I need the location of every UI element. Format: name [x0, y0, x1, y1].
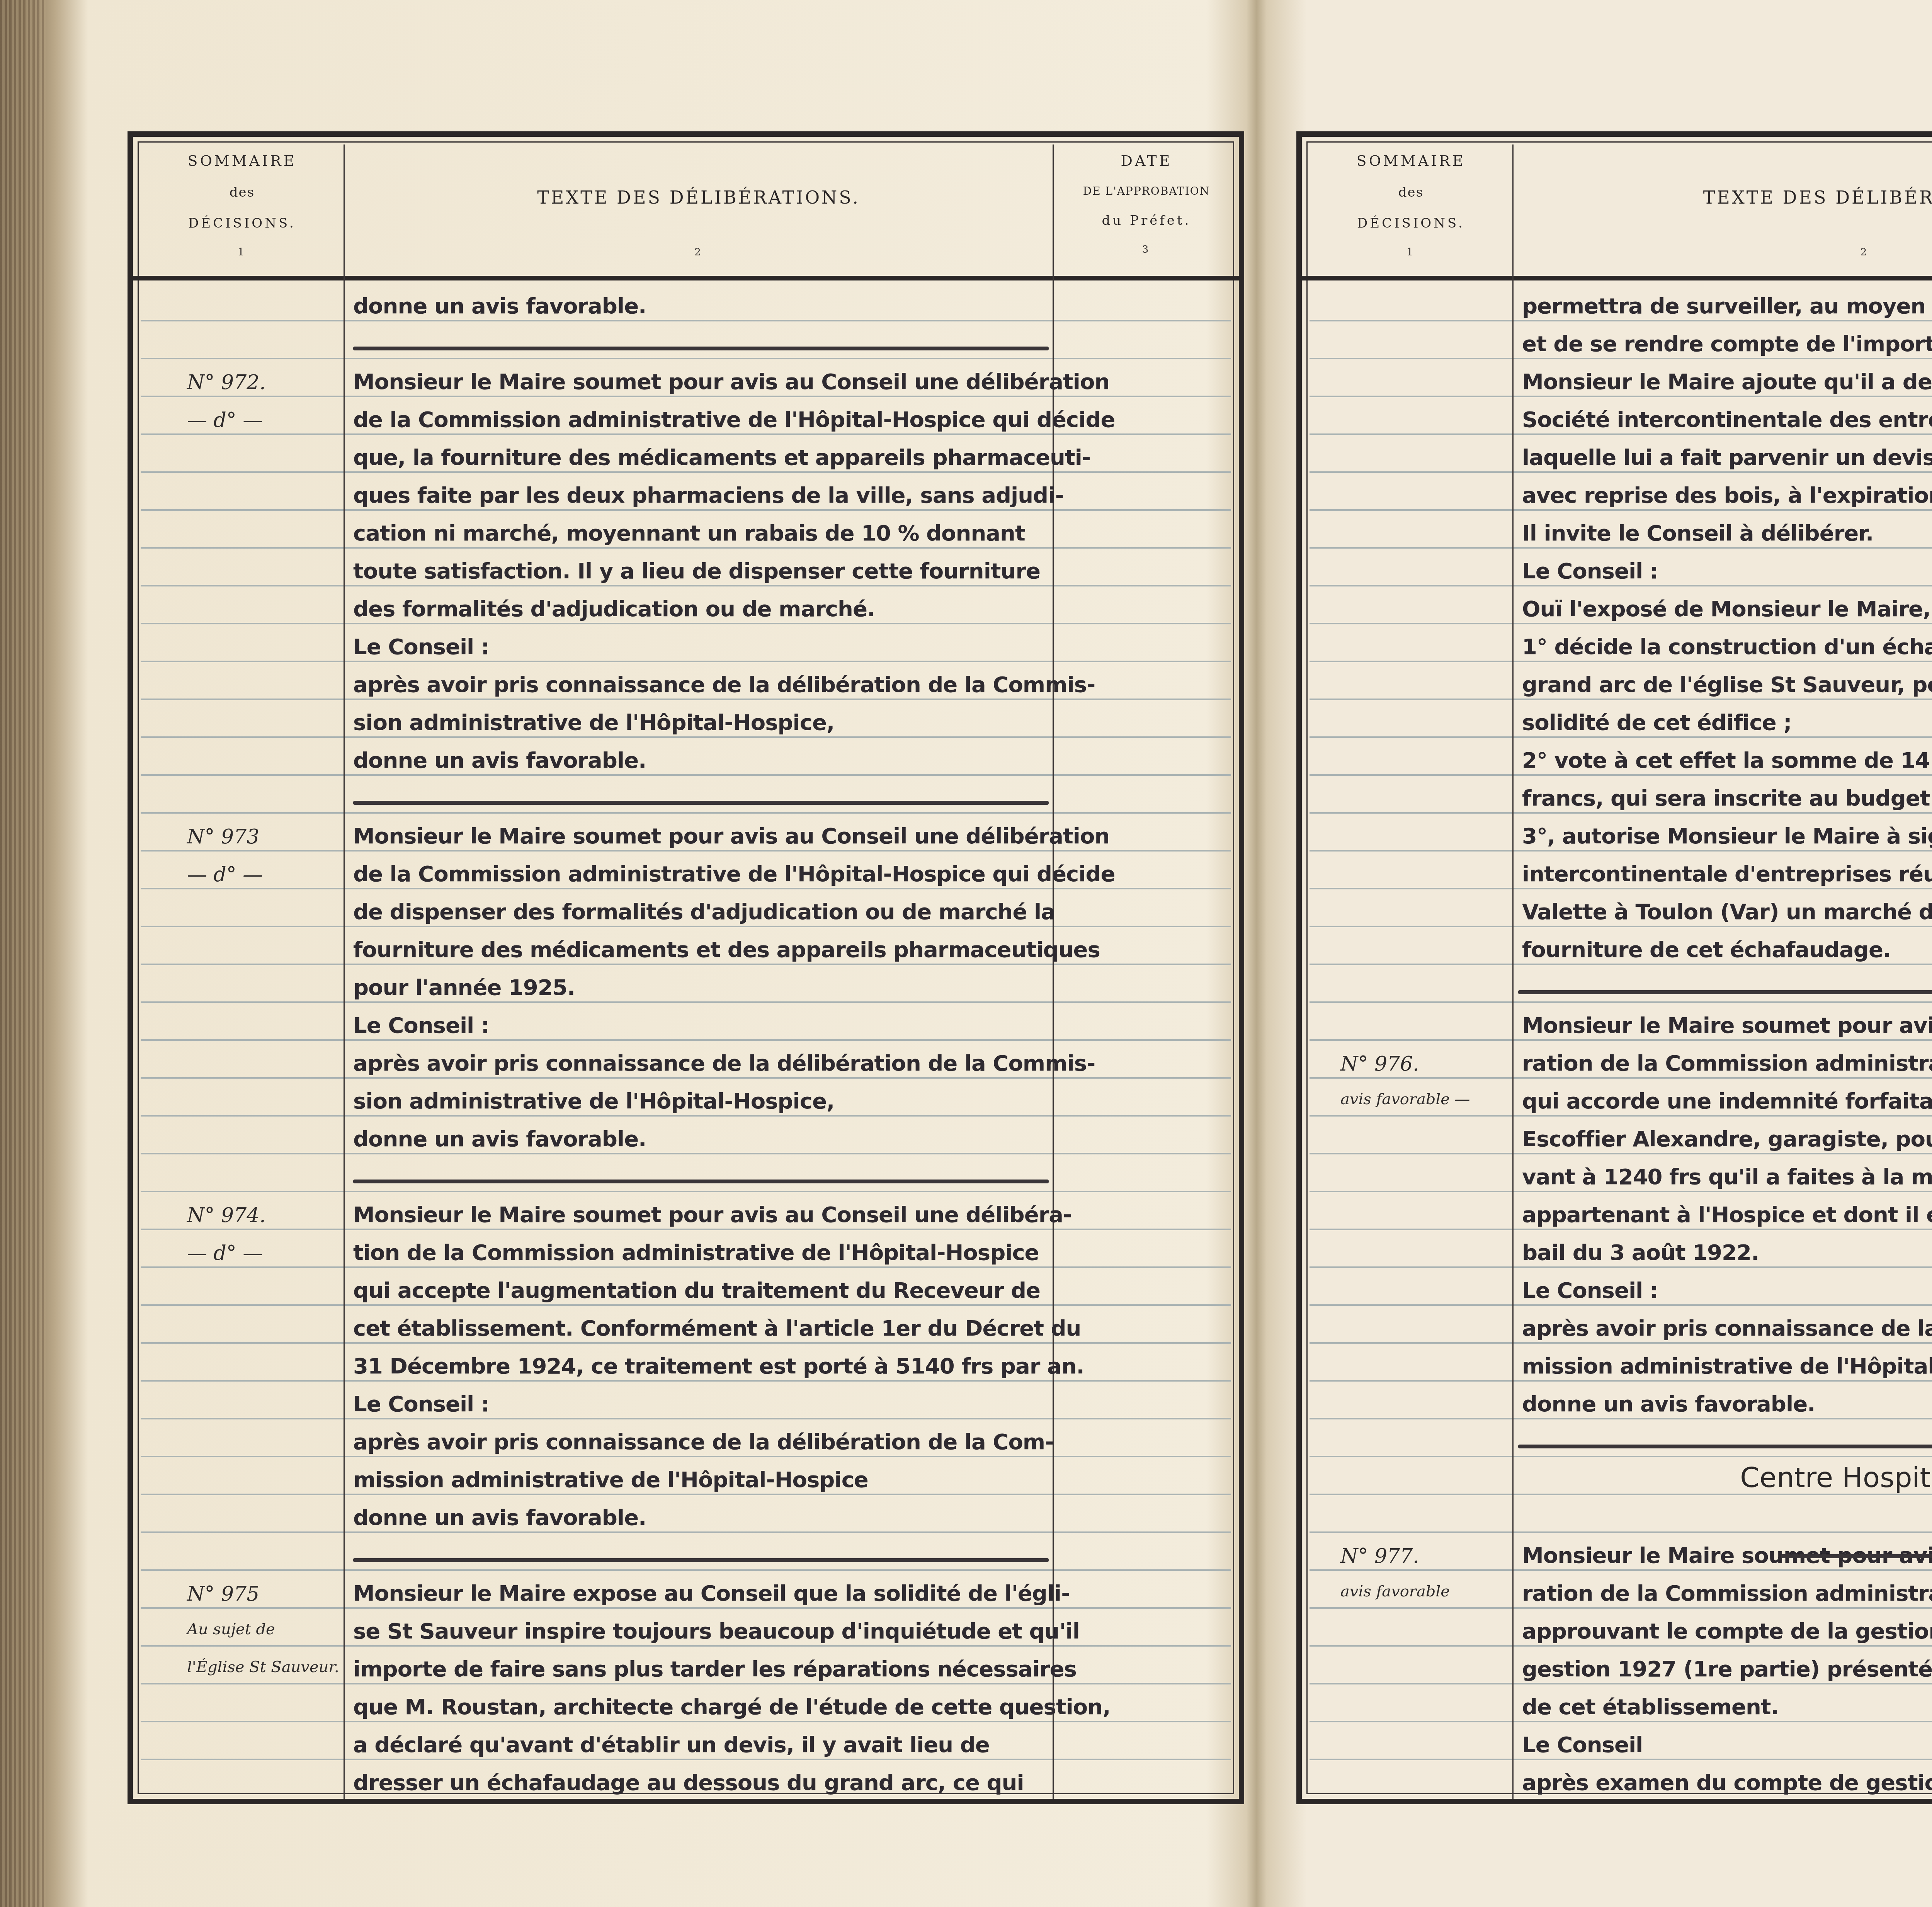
- open-register-book: 270 R-S n° 55 A. — Nancy et Paris, Berge…: [0, 0, 1932, 1907]
- column-separator: [1512, 144, 1514, 1799]
- text-line: 31 Décembre 1924, ce traitement est port…: [353, 1348, 1084, 1385]
- text-line: appartenant à l'Hospice et dont il est l…: [1522, 1196, 1932, 1234]
- text-line: bail du 3 août 1922.: [1522, 1234, 1759, 1272]
- decision-summary-note: N° 973: [187, 825, 259, 848]
- decision-summary-note: — d° —: [187, 1242, 263, 1265]
- header-sommaire: SOMMAIRE des DÉCISIONS. 1: [1310, 152, 1512, 258]
- text-line: ration de la Commission administrative d…: [1522, 1045, 1932, 1083]
- text-line: intercontinentale d'entreprises réunies,…: [1522, 855, 1932, 893]
- text-line: Monsieur le Maire soumet pour avis au Co…: [353, 1196, 1071, 1234]
- header-date: DATE DE L'APPROBATION du Préfet. 3: [1054, 152, 1239, 255]
- text-line: donne un avis favorable.: [353, 742, 646, 780]
- text-line: a déclaré qu'avant d'établir un devis, i…: [353, 1726, 990, 1764]
- text-line: importe de faire sans plus tarder les ré…: [353, 1650, 1077, 1688]
- left-page: SOMMAIRE des DÉCISIONS. 1 TEXTE DES DÉLI…: [128, 131, 1244, 1804]
- decision-summary-note: N° 975: [187, 1582, 259, 1606]
- entry-separator-rule: [1518, 1445, 1932, 1448]
- text-line: de cet établissement.: [1522, 1688, 1779, 1726]
- text-line: Société intercontinentale des entreprise…: [1522, 401, 1932, 439]
- text-line: Monsieur le Maire soumet pour avis au Co…: [1522, 1007, 1932, 1045]
- text-line: après examen du compte de gestion,: [1522, 1764, 1932, 1802]
- entry-separator-rule: [353, 801, 1049, 805]
- text-line: fourniture de cet échafaudage.: [1522, 931, 1891, 969]
- text-line: toute satisfaction. Il y a lieu de dispe…: [353, 552, 1040, 590]
- decision-summary-note: N° 977.: [1340, 1545, 1419, 1568]
- text-line: Le Conseil :: [353, 628, 489, 666]
- text-line: que M. Roustan, architecte chargé de l'é…: [353, 1688, 1110, 1726]
- text-line: pour l'année 1925.: [353, 969, 575, 1007]
- text-line: Escoffier Alexandre, garagiste, pour des…: [1522, 1120, 1932, 1158]
- text-line: ques faite par les deux pharmaciens de l…: [353, 477, 1064, 515]
- decision-summary-note: N° 976.: [1340, 1052, 1419, 1076]
- text-line: qui accorde une indemnité forfaitaire de…: [1522, 1083, 1932, 1120]
- decision-summary-note: l'Église St Sauveur.: [187, 1658, 339, 1676]
- text-line: approuvant le compte de la gestion 1926 …: [1522, 1613, 1932, 1650]
- text-line: grand arc de l'église St Sauveur, pour s…: [1522, 666, 1932, 704]
- decision-summary-note: avis favorable —: [1340, 1090, 1470, 1108]
- text-line: se St Sauveur inspire toujours beaucoup …: [353, 1613, 1080, 1650]
- entry-separator-rule: [353, 1180, 1049, 1183]
- text-line: cet établissement. Conformément à l'arti…: [353, 1310, 1081, 1348]
- entry-separator-rule: [1781, 1554, 1932, 1558]
- text-line: tion de la Commission administrative de …: [353, 1234, 1039, 1272]
- text-line: laquelle lui a fait parvenir un devis s'…: [1522, 439, 1932, 477]
- decision-summary-note: avis favorable: [1340, 1582, 1450, 1600]
- decision-summary-note: — d° —: [187, 863, 263, 886]
- text-line: qui accepte l'augmentation du traitement…: [353, 1272, 1040, 1310]
- text-line: Monsieur le Maire ajoute qu'il a demandé…: [1522, 363, 1932, 401]
- text-line: Monsieur le Maire soumet pour avis au Co…: [353, 818, 1109, 855]
- text-line: donne un avis favorable.: [353, 287, 646, 325]
- text-line: donne un avis favorable.: [353, 1499, 646, 1537]
- text-line: de la Commission administrative de l'Hôp…: [353, 855, 1115, 893]
- section-title: Centre Hospitalier: [1518, 1461, 1932, 1494]
- text-line: sion administrative de l'Hôpital-Hospice…: [353, 1083, 834, 1120]
- text-line: après avoir pris connaissance de la déli…: [353, 666, 1095, 704]
- header-texte: TEXTE DES DÉLIBÉRATIONS. 2: [1514, 187, 1932, 258]
- text-line: Le Conseil :: [1522, 552, 1658, 590]
- entry-separator-rule: [1518, 990, 1932, 994]
- text-line: gestion 1927 (1re partie) présenté par M…: [1522, 1650, 1932, 1688]
- text-line: Le Conseil :: [1522, 1272, 1658, 1310]
- header-sommaire: SOMMAIRE des DÉCISIONS. 1: [141, 152, 344, 258]
- text-line: cation ni marché, moyennant un rabais de…: [353, 515, 1025, 552]
- text-line: 2° vote à cet effet la somme de 14.000 (…: [1522, 742, 1932, 780]
- text-line: de dispenser des formalités d'adjudicati…: [353, 893, 1055, 931]
- entry-separator-rule: [353, 347, 1049, 350]
- text-line: donne un avis favorable.: [353, 1120, 646, 1158]
- text-line: 3°, autorise Monsieur le Maire à signer …: [1522, 818, 1932, 855]
- text-line: solidité de cet édifice ;: [1522, 704, 1792, 742]
- text-line: que, la fourniture des médicaments et ap…: [353, 439, 1090, 477]
- text-line: Le Conseil :: [353, 1007, 489, 1045]
- text-line: après avoir pris connaissance de la déli…: [1522, 1310, 1932, 1348]
- text-line: Le Conseil: [1522, 1726, 1643, 1764]
- decision-summary-note: Au sujet de: [187, 1620, 275, 1638]
- text-line: de la Commission administrative de l'Hôp…: [353, 401, 1115, 439]
- text-line: dresser un échafaudage au dessous du gra…: [353, 1764, 1024, 1802]
- text-line: mission administrative de l'Hôpital-Hosp…: [353, 1461, 868, 1499]
- text-line: après avoir pris connaissance de la déli…: [353, 1045, 1095, 1083]
- decision-summary-note: N° 974.: [187, 1204, 266, 1227]
- text-line: Monsieur le Maire expose au Conseil que …: [353, 1575, 1070, 1613]
- text-line: mission administrative de l'Hôpital-Hosp…: [1522, 1348, 1932, 1385]
- text-line: avec reprise des bois, à l'expiration du…: [1522, 477, 1932, 515]
- text-line: fourniture des médicaments et des appare…: [353, 931, 1100, 969]
- text-line: Valette à Toulon (Var) un marché de gré …: [1522, 893, 1932, 931]
- entry-separator-rule: [353, 1558, 1049, 1562]
- header-texte: TEXTE DES DÉLIBÉRATIONS. 2: [345, 187, 1053, 258]
- text-line: 1° décide la construction d'un échafauda…: [1522, 628, 1932, 666]
- text-line: Il invite le Conseil à délibérer.: [1522, 515, 1873, 552]
- text-line: après avoir pris connaissance de la déli…: [353, 1423, 1053, 1461]
- text-line: permettra de surveiller, au moyen de tém…: [1522, 287, 1932, 325]
- text-line: francs, qui sera inscrite au budget addi…: [1522, 780, 1932, 818]
- text-line: des formalités d'adjudication ou de marc…: [353, 590, 875, 628]
- decision-summary-note: — d° —: [187, 409, 263, 432]
- text-line: vant à 1240 frs qu'il a faites à la mais…: [1522, 1158, 1932, 1196]
- text-line: donne un avis favorable.: [1522, 1385, 1815, 1423]
- text-line: et de se rendre compte de l'importance d…: [1522, 325, 1932, 363]
- text-line: Ouï l'exposé de Monsieur le Maire,: [1522, 590, 1930, 628]
- text-line: ration de la Commission administrative d…: [1522, 1575, 1932, 1613]
- decision-summary-note: N° 972.: [187, 371, 266, 394]
- right-page: SOMMAIRE des DÉCISIONS. 1 TEXTE DES DÉLI…: [1296, 131, 1932, 1804]
- text-line: Monsieur le Maire soumet pour avis au Co…: [353, 363, 1109, 401]
- text-line: Le Conseil :: [353, 1385, 489, 1423]
- page-edges-left: [0, 0, 46, 1907]
- column-separator: [344, 144, 345, 1799]
- text-line: sion administrative de l'Hôpital-Hospice…: [353, 704, 834, 742]
